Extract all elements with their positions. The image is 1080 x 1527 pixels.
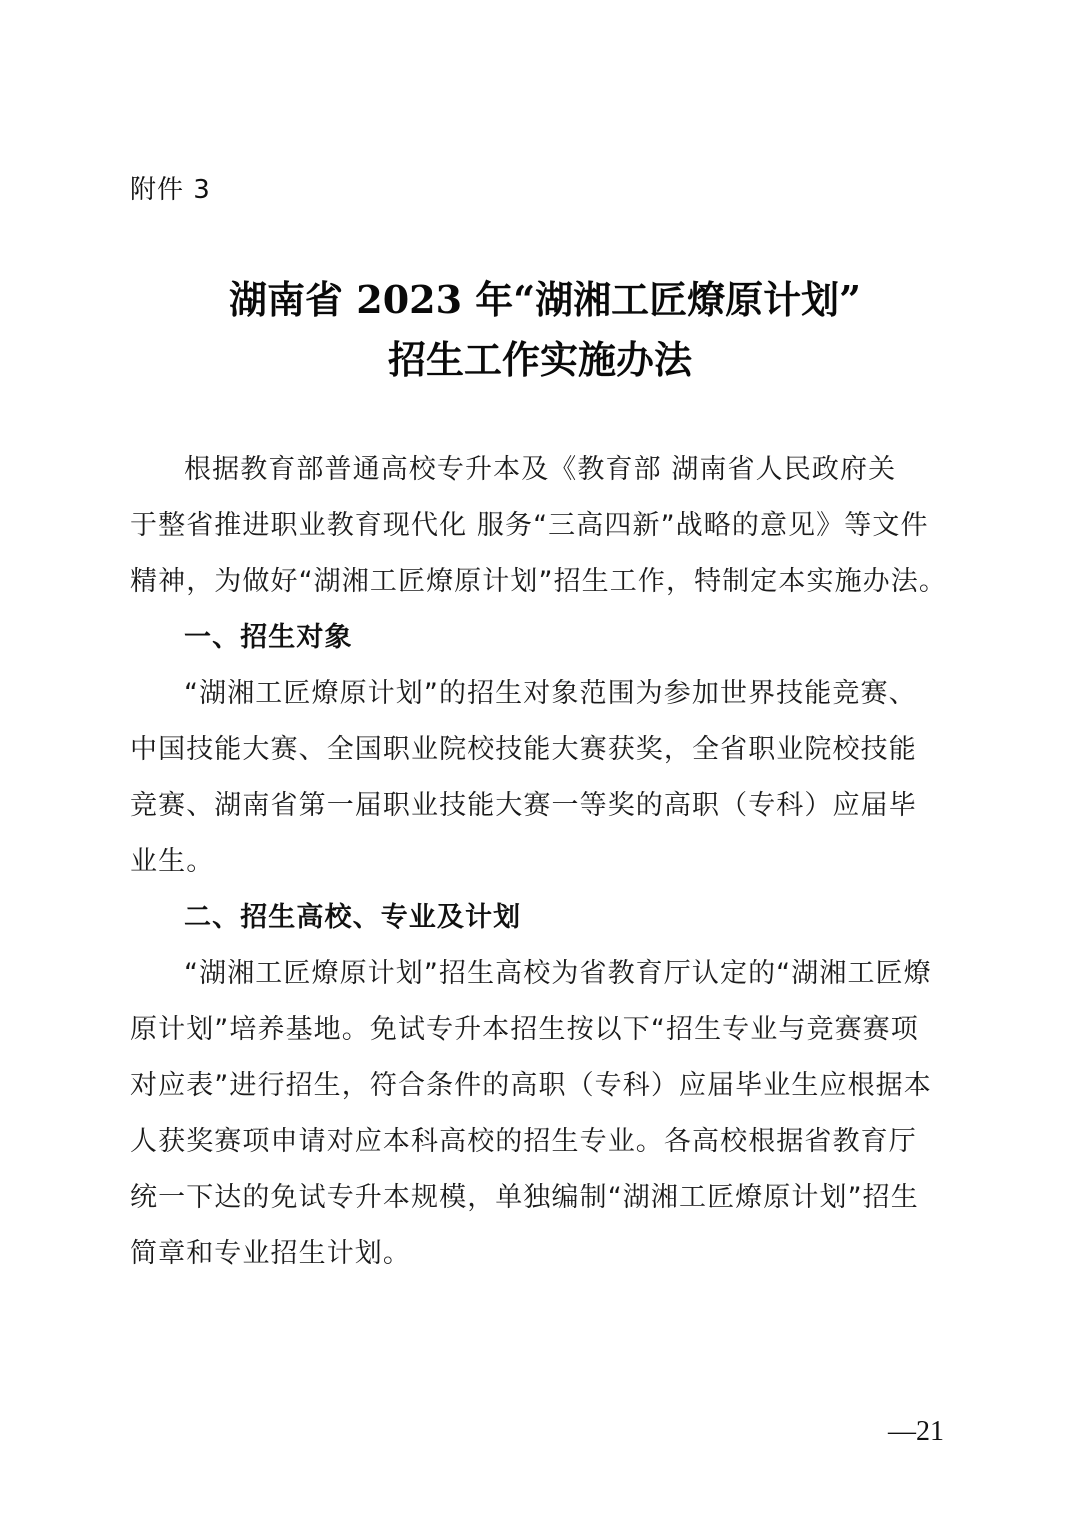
page-number: —21 bbox=[888, 1414, 944, 1450]
paragraph-line: 原计划”培养基地。免试专升本招生按以下“招生专业与竞赛赛项 bbox=[130, 1010, 919, 1050]
document-title-line-2: 招生工作实施办法 bbox=[0, 334, 1080, 386]
paragraph-line: 简章和专业招生计划。 bbox=[130, 1234, 411, 1274]
paragraph-line: 于整省推进职业教育现代化 服务“三高四新”战略的意见》等文件 bbox=[130, 506, 929, 546]
attachment-label: 附件 3 bbox=[130, 170, 211, 210]
paragraph-line: 根据教育部普通高校专升本及《教育部 湖南省人民政府关 bbox=[184, 450, 896, 490]
paragraph-line: 人获奖赛项申请对应本科高校的招生专业。各高校根据省教育厅 bbox=[130, 1122, 917, 1162]
paragraph-line: 精神，为做好“湖湘工匠燎原计划”招生工作，特制定本实施办法。 bbox=[130, 562, 947, 602]
section-heading: 一、招生对象 bbox=[184, 618, 353, 658]
paragraph-line: 业生。 bbox=[130, 842, 214, 882]
paragraph-line: 对应表”进行招生，符合条件的高职（专科）应届毕业生应根据本 bbox=[130, 1066, 932, 1106]
paragraph-line: “湖湘工匠燎原计划”的招生对象范围为参加世界技能竞赛、 bbox=[184, 674, 917, 714]
paragraph-line: 竞赛、湖南省第一届职业技能大赛一等奖的高职（专科）应届毕 bbox=[130, 786, 917, 826]
paragraph-line: “湖湘工匠燎原计划”招生高校为省教育厅认定的“湖湘工匠燎 bbox=[184, 954, 932, 994]
section-heading: 二、招生高校、专业及计划 bbox=[184, 898, 521, 938]
paragraph-line: 统一下达的免试专升本规模，单独编制“湖湘工匠燎原计划”招生 bbox=[130, 1178, 919, 1218]
document-title-line-1: 湖南省 2023 年“湖湘工匠燎原计划” bbox=[5, 274, 1080, 326]
paragraph-line: 中国技能大赛、全国职业院校技能大赛获奖，全省职业院校技能 bbox=[130, 730, 917, 770]
document-page: 附件 3 湖南省 2023 年“湖湘工匠燎原计划” 招生工作实施办法 根据教育部… bbox=[0, 0, 1080, 1527]
